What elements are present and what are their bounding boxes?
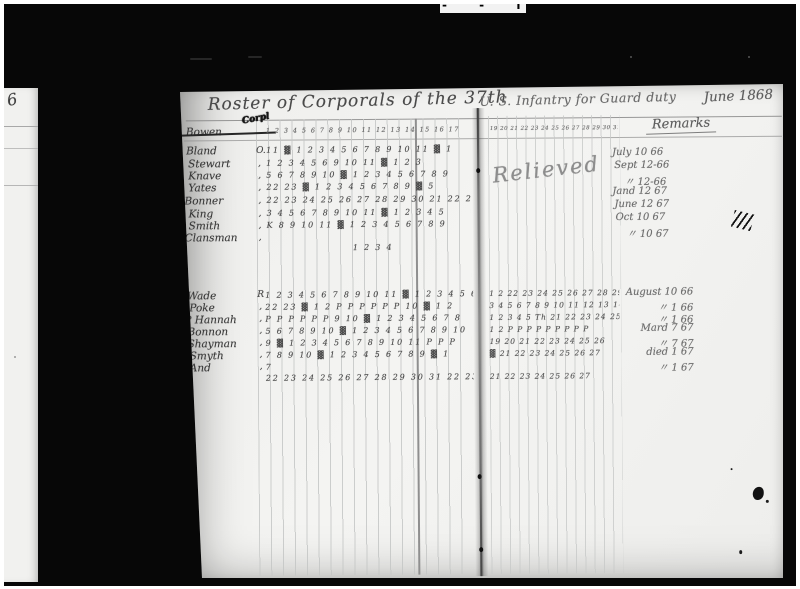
ink-blot [753, 487, 764, 500]
day-entries: 3 4 5 6 7 8 9 10 11 ▓ 1 2 3 4 5 [267, 207, 473, 218]
soldier-name: P Hannah [184, 314, 236, 326]
soldier-name: Yates [188, 182, 216, 194]
day-entries-extra: 22 23 24 25 26 27 28 29 30 31 22 23 24 2… [266, 372, 474, 383]
soldier-name: Smyth [190, 350, 224, 362]
duty-mark: , [259, 314, 262, 324]
day-entries: P P P P P P 9 10 ▓ 1 2 3 4 5 6 7 8 [265, 313, 473, 324]
day-headers-left: 1 2 3 4 5 6 7 8 9 10 11 12 13 14 15 16 1… [266, 125, 472, 135]
film-edge-marks: - - ı U [442, 4, 526, 12]
film-edge-notch: - - ı U [440, 4, 526, 13]
duty-mark: R [257, 290, 264, 300]
soldier-name: Bonner [184, 195, 223, 207]
day-entries-right: 1 2 22 23 24 25 26 27 28 29 [489, 288, 619, 298]
day-headers-right: 19 20 21 22 23 24 25 26 27 28 29 30 31 [490, 125, 618, 132]
day-entries: 22 23 ▓ 1 2 3 4 5 6 7 8 9 ▓ 5 [266, 181, 472, 192]
duty-mark: , [258, 183, 261, 193]
soldier-name: Knave [188, 170, 221, 182]
day-entries: K 8 9 10 11 ▓ 1 2 3 4 5 6 7 8 9 [267, 219, 473, 230]
remark: Sept 12-66 [614, 160, 669, 171]
day-entries: 9 ▓ 1 2 3 4 5 6 7 8 9 10 11 P P P [266, 337, 474, 348]
day-entries: 22 23 ▓ 1 2 P P P P P P 10 ▓ 1 2 [265, 301, 473, 312]
remark: July 10 66 [612, 147, 663, 158]
duty-mark: , [259, 302, 262, 312]
remark: Mard 7 67 [617, 322, 693, 334]
remark: June 12 67 [614, 199, 669, 210]
remark: died 1 67 [618, 346, 694, 358]
dust-speck [630, 56, 632, 58]
ledger-page: Roster of Corporals of the 37th U. S. In… [180, 84, 783, 578]
struck-name: Bowen [186, 126, 222, 138]
soldier-name: King [189, 208, 214, 220]
duty-mark: , [258, 159, 261, 169]
gutter-ink-dot [476, 168, 480, 173]
adjacent-page-fragment: 6 [5, 89, 19, 110]
ink-speck [766, 500, 769, 503]
day-entries: 5 6 7 8 9 10 ▓ 1 2 3 4 5 6 7 8 9 [266, 169, 472, 180]
day-entries-extra: 1 2 3 4 [353, 242, 473, 252]
gutter-ink-dot [478, 474, 482, 479]
duty-mark: , [260, 362, 263, 372]
page-content: Roster of Corporals of the 37th U. S. In… [180, 80, 787, 579]
adjacent-page-strip: 6 [4, 88, 38, 582]
soldier-name: Smith [189, 220, 221, 232]
ink-speck [731, 468, 733, 470]
duty-mark: , [258, 171, 261, 181]
duty-mark: , [259, 209, 262, 219]
scanned-microfilm-frame: - - ı U 6 Roster of Corporals of the 37t… [0, 0, 800, 589]
day-entries: 1 2 3 4 5 6 7 8 9 10 11 ▓ 1 2 3 4 5 6 7 … [265, 289, 473, 300]
day-entries-right: 3 4 5 6 7 8 9 10 11 12 13 14 [489, 300, 619, 310]
duty-mark: , [259, 233, 262, 243]
page-title-date: June 1868 [703, 87, 773, 106]
film-scratch [248, 56, 262, 58]
dust-speck [14, 356, 16, 358]
soldier-name: Clansman [185, 232, 238, 244]
duty-mark: , [260, 350, 263, 360]
duty-mark: O. [256, 146, 266, 156]
film-scratch [190, 58, 212, 60]
day-entries: 5 6 7 8 9 10 ▓ 1 2 3 4 5 6 7 8 9 10 [265, 325, 473, 336]
day-entries: 1 2 3 4 5 6 9 10 11 ▓ 1 2 3 [266, 157, 472, 168]
duty-mark: , [258, 196, 261, 206]
day-entries: 22 23 24 25 26 27 28 29 30 21 22 23 24 2… [266, 194, 472, 205]
soldier-name: Wade [187, 290, 216, 302]
duty-mark: , [260, 338, 263, 348]
remark: 〃 1 67 [622, 358, 694, 374]
remark: August 10 66 [621, 286, 693, 298]
ink-stroke-mark [731, 210, 754, 231]
soldier-name: Poke [189, 302, 215, 314]
day-entries: 11 ▓ 1 2 3 4 5 6 7 8 9 10 11 ▓ 1 [266, 144, 472, 155]
day-entries-right: 1 2 3 4 5 Th 21 22 23 24 25 [489, 312, 619, 322]
duty-mark: , [259, 221, 262, 231]
day-entries: 7 8 9 10 ▓ 1 2 3 4 5 6 7 8 9 ▓ 1 [266, 349, 474, 360]
dust-speck [748, 56, 750, 58]
adjacent-page-rule [4, 126, 38, 127]
adjacent-page-rule [4, 185, 38, 186]
adjacent-page-rule [4, 148, 38, 149]
remark: 〃 10 67 [627, 225, 669, 240]
soldier-name: Stewart [188, 158, 230, 170]
remarks-header: Remarks [646, 115, 717, 134]
soldier-name: Bonnon [187, 326, 228, 338]
day-entries-extra-right: 21 22 23 24 25 26 27 [490, 371, 620, 381]
soldier-name: And [190, 362, 211, 374]
day-entries: 7 [266, 361, 474, 372]
page-title-continued: U. S. Infantry for Guard duty [479, 89, 676, 109]
day-entries-right: 19 20 21 22 23 24 25 26 [490, 336, 620, 346]
remark: Oct 10 67 [616, 212, 666, 223]
day-entries-right: 1 2 P P P P P P P P P [489, 324, 619, 334]
soldier-name: Bland [186, 145, 217, 157]
page-title: Roster of Corporals of the 37th [207, 87, 507, 115]
remark: Jand 12 67 [612, 186, 667, 197]
duty-mark: , [259, 326, 262, 336]
ink-speck [739, 550, 742, 554]
gutter-ink-dot [479, 547, 483, 552]
day-entries-right: ▓ 21 22 23 24 25 26 27 [490, 348, 620, 358]
soldier-name: Shayman [188, 338, 237, 350]
